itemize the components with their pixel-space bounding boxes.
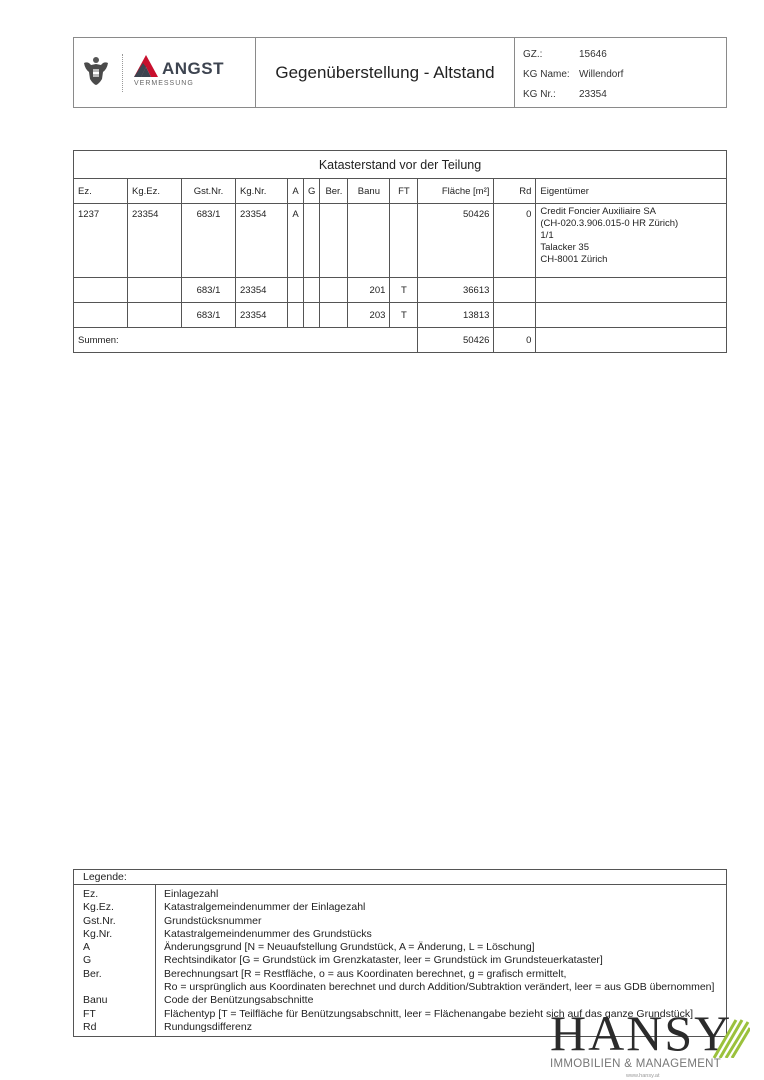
legend-key: Kg.Ez. [83, 901, 155, 914]
cell-rd [494, 303, 536, 328]
cell-ez [74, 303, 128, 328]
cell-kgez [128, 303, 182, 328]
info-value: 15646 [579, 49, 607, 60]
owner-line: (CH-020.3.906.015-0 HR Zürich) [540, 218, 722, 230]
col-header-ft: FT [390, 179, 418, 204]
col-header-rd: Rd [494, 179, 536, 204]
cell-gstnr: 683/1 [182, 278, 236, 303]
info-label: GZ.: [523, 49, 579, 60]
cell-a [288, 278, 304, 303]
col-header-banu: Banu [348, 179, 390, 204]
info-label: KG Name: [523, 69, 579, 80]
legend-key: Ber. [83, 968, 155, 981]
legend-value: Berechnungsart [R = Restfläche, o = aus … [164, 968, 726, 981]
cell-kgnr: 23354 [236, 204, 288, 278]
owner-line: 1/1 [540, 230, 722, 242]
sum-flaeche: 50426 [418, 328, 494, 353]
cell-banu [348, 204, 390, 278]
cell-ber [320, 204, 348, 278]
sum-label: Summen: [74, 328, 418, 353]
cell-rd: 0 [494, 204, 536, 278]
col-header-flaeche: Fläche [m²] [418, 179, 494, 204]
cell-a [288, 303, 304, 328]
info-value: Willendorf [579, 69, 623, 80]
legend-key [83, 981, 155, 994]
legend-key: Ez. [83, 888, 155, 901]
watermark-tagline: IMMOBILIEN & MANAGEMENT [550, 1058, 721, 1070]
legend-key: Banu [83, 994, 155, 1007]
leaf-stripes-icon [706, 1014, 750, 1058]
cell-eigentuemer: Credit Foncier Auxiliaire SA (CH-020.3.9… [536, 204, 727, 278]
info-row-gz: GZ.: 15646 [523, 44, 726, 64]
cell-gstnr: 683/1 [182, 303, 236, 328]
cell-ber [320, 303, 348, 328]
cell-ft: T [390, 278, 418, 303]
cell-banu: 201 [348, 278, 390, 303]
col-header-a: A [288, 179, 304, 204]
logo-brand: ANGST [162, 59, 224, 79]
table-row: 1237 23354 683/1 23354 A 50426 0 Credit … [74, 204, 727, 278]
hansy-watermark: HANSY IMMOBILIEN & MANAGEMENT www.hansy.… [548, 1008, 758, 1080]
cell-kgnr: 23354 [236, 278, 288, 303]
sum-rd: 0 [494, 328, 536, 353]
cell-kgez: 23354 [128, 204, 182, 278]
legend-key: FT [83, 1008, 155, 1021]
cell-g [304, 303, 320, 328]
cell-kgez [128, 278, 182, 303]
legend-value: Änderungsgrund [N = Neuaufstellung Grund… [164, 941, 726, 954]
header-info: GZ.: 15646 KG Name: Willendorf KG Nr.: 2… [515, 38, 726, 107]
logo-subtitle: VERMESSUNG [134, 80, 194, 87]
cell-flaeche: 13813 [418, 303, 494, 328]
legend-value: Katastralgemeindenummer der Einlagezahl [164, 901, 726, 914]
document-title: Gegenüberstellung - Altstand [256, 38, 515, 107]
legend-title: Legende: [74, 870, 726, 885]
table-title: Katasterstand vor der Teilung [74, 151, 727, 179]
cell-ez: 1237 [74, 204, 128, 278]
cell-banu: 203 [348, 303, 390, 328]
legend-keys: Ez. Kg.Ez. Gst.Nr. Kg.Nr. A G Ber. Banu … [74, 885, 156, 1036]
legend-value: Katastralgemeindenummer des Grundstücks [164, 928, 726, 941]
angst-logo-icon [134, 55, 158, 77]
cell-eigentuemer [536, 278, 727, 303]
cell-ft [390, 204, 418, 278]
col-header-kgez: Kg.Ez. [128, 179, 182, 204]
cell-flaeche: 50426 [418, 204, 494, 278]
legend-key: Rd [83, 1021, 155, 1034]
table-header-row: Ez. Kg.Ez. Gst.Nr. Kg.Nr. A G Ber. Banu … [74, 179, 727, 204]
owner-line: Talacker 35 [540, 242, 722, 254]
table-row: 683/1 23354 203 T 13813 [74, 303, 727, 328]
owner-line: Credit Foncier Auxiliaire SA [540, 206, 722, 218]
info-label: KG Nr.: [523, 89, 579, 100]
legend-value: Einlagezahl [164, 888, 726, 901]
cell-ez [74, 278, 128, 303]
cell-ber [320, 278, 348, 303]
cell-g [304, 278, 320, 303]
legend-value: Ro = ursprünglich aus Koordinaten berech… [164, 981, 726, 994]
cell-kgnr: 23354 [236, 303, 288, 328]
col-header-ez: Ez. [74, 179, 128, 204]
cell-ft: T [390, 303, 418, 328]
info-row-kg-name: KG Name: Willendorf [523, 64, 726, 84]
sum-empty [536, 328, 727, 353]
col-header-g: G [304, 179, 320, 204]
cell-eigentuemer [536, 303, 727, 328]
cell-flaeche: 36613 [418, 278, 494, 303]
legend-key: A [83, 941, 155, 954]
document-header: ANGST VERMESSUNG Gegenüberstellung - Alt… [73, 37, 727, 108]
cell-rd [494, 278, 536, 303]
cell-a: A [288, 204, 304, 278]
legend-value: Grundstücksnummer [164, 915, 726, 928]
logo-area: ANGST VERMESSUNG [74, 38, 256, 107]
col-header-eigentuemer: Eigentümer [536, 179, 727, 204]
col-header-kgnr: Kg.Nr. [236, 179, 288, 204]
austrian-eagle-icon [82, 55, 110, 87]
watermark-brand: HANSY [550, 1008, 732, 1058]
legend-key: G [83, 954, 155, 967]
owner-line: CH-8001 Zürich [540, 254, 722, 266]
cell-gstnr: 683/1 [182, 204, 236, 278]
legend-value: Rechtsindikator [G = Grundstück im Grenz… [164, 954, 726, 967]
legend-key: Kg.Nr. [83, 928, 155, 941]
legend-key: Gst.Nr. [83, 915, 155, 928]
col-header-ber: Ber. [320, 179, 348, 204]
col-header-gstnr: Gst.Nr. [182, 179, 236, 204]
logo-separator [122, 54, 123, 92]
kataster-table: Katasterstand vor der Teilung Ez. Kg.Ez.… [73, 150, 727, 353]
cell-g [304, 204, 320, 278]
info-row-kg-nr: KG Nr.: 23354 [523, 84, 726, 104]
table-row: 683/1 23354 201 T 36613 [74, 278, 727, 303]
info-value: 23354 [579, 89, 607, 100]
watermark-url: www.hansy.at [626, 1073, 660, 1079]
sum-row: Summen: 50426 0 [74, 328, 727, 353]
